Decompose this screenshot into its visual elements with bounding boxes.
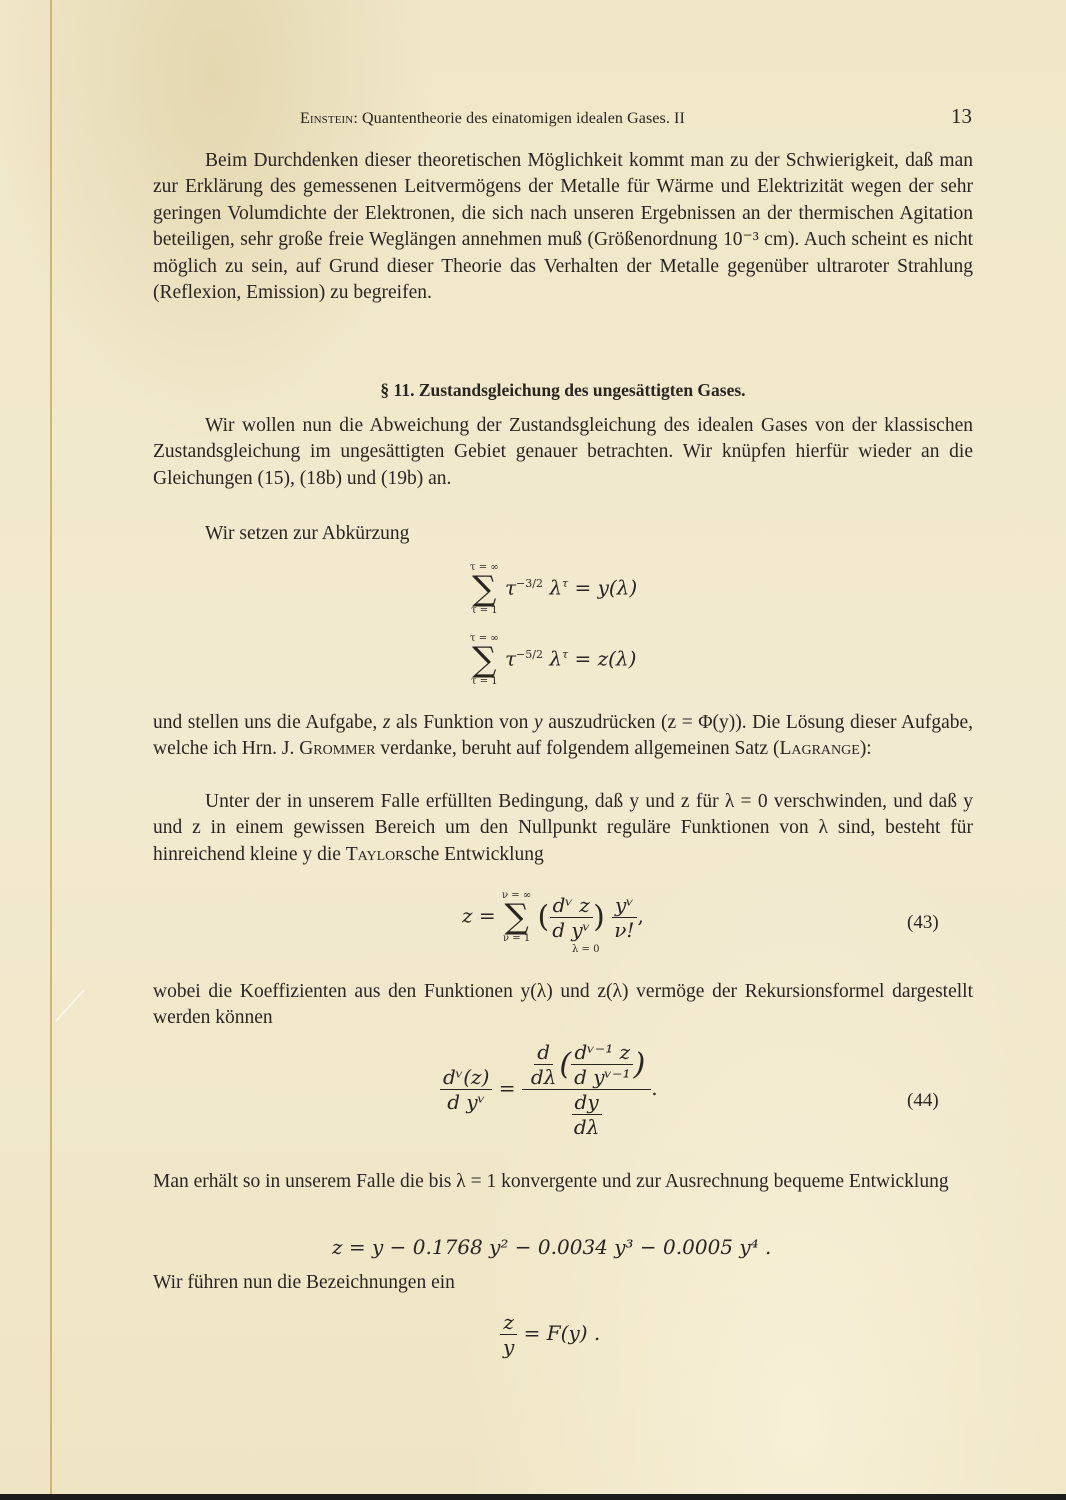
paper-crease (55, 989, 85, 1022)
sum-symbol: τ = ∞ ∑ τ = 1 (470, 562, 499, 616)
paragraph-6: wobei die Koeffizienten aus den Funktion… (153, 979, 973, 1032)
page-number: 13 (951, 104, 972, 129)
definition-equation: zy = F(y) . (500, 1310, 600, 1359)
equation-number-44: (44) (907, 1090, 939, 1112)
section-heading: § 11. Zustandsgleichung des ungesättigte… (153, 380, 973, 401)
title-text: : Quantentheorie des einatomigen idealen… (353, 110, 685, 127)
paragraph-8: Wir führen nun die Bezeichnungen ein (153, 1270, 973, 1296)
paragraph-4: und stellen uns die Aufgabe, z als Funkt… (153, 710, 973, 763)
paragraph-3: Wir setzen zur Abkürzung (153, 521, 973, 547)
scanned-page: Einstein: Quantentheorie des einatomigen… (0, 0, 1066, 1500)
paragraph-2: Wir wollen nun die Abweichung der Zustan… (153, 413, 973, 492)
running-title: Einstein: Quantentheorie des einatomigen… (300, 110, 685, 128)
equation-43: z = ν = ∞ ∑ ν = 1 (dᵛ zd yᵛ) yᵛν!, λ = 0 (462, 890, 644, 955)
equation-44: dᵛ(z)d yᵛ = ddλ(dᵛ⁻¹ zd yᵛ⁻¹) dydλ . (440, 1040, 658, 1139)
equation-z-lambda: τ = ∞ ∑ τ = 1 τ−5/2 λτ = z(λ) (470, 633, 636, 687)
expansion-equation: z = y − 0.1768 y² − 0.0034 y³ − 0.0005 y… (332, 1235, 771, 1259)
paragraph-7: Man erhält so in unserem Falle die bis λ… (153, 1169, 973, 1195)
paragraph-5: Unter der in unserem Falle erfüllten Bed… (153, 789, 973, 868)
scan-bottom-edge (0, 1494, 1066, 1500)
page-fold-line (50, 0, 52, 1500)
equation-number-43: (43) (907, 912, 939, 934)
running-head: Einstein: Quantentheorie des einatomigen… (300, 104, 972, 129)
equation-y-lambda: τ = ∞ ∑ τ = 1 τ−3/2 λτ = y(λ) (470, 562, 637, 616)
paragraph-1: Beim Durchdenken dieser theoretischen Mö… (153, 148, 973, 306)
sum-symbol: τ = ∞ ∑ τ = 1 (470, 633, 499, 687)
author-name: Einstein (300, 110, 353, 127)
